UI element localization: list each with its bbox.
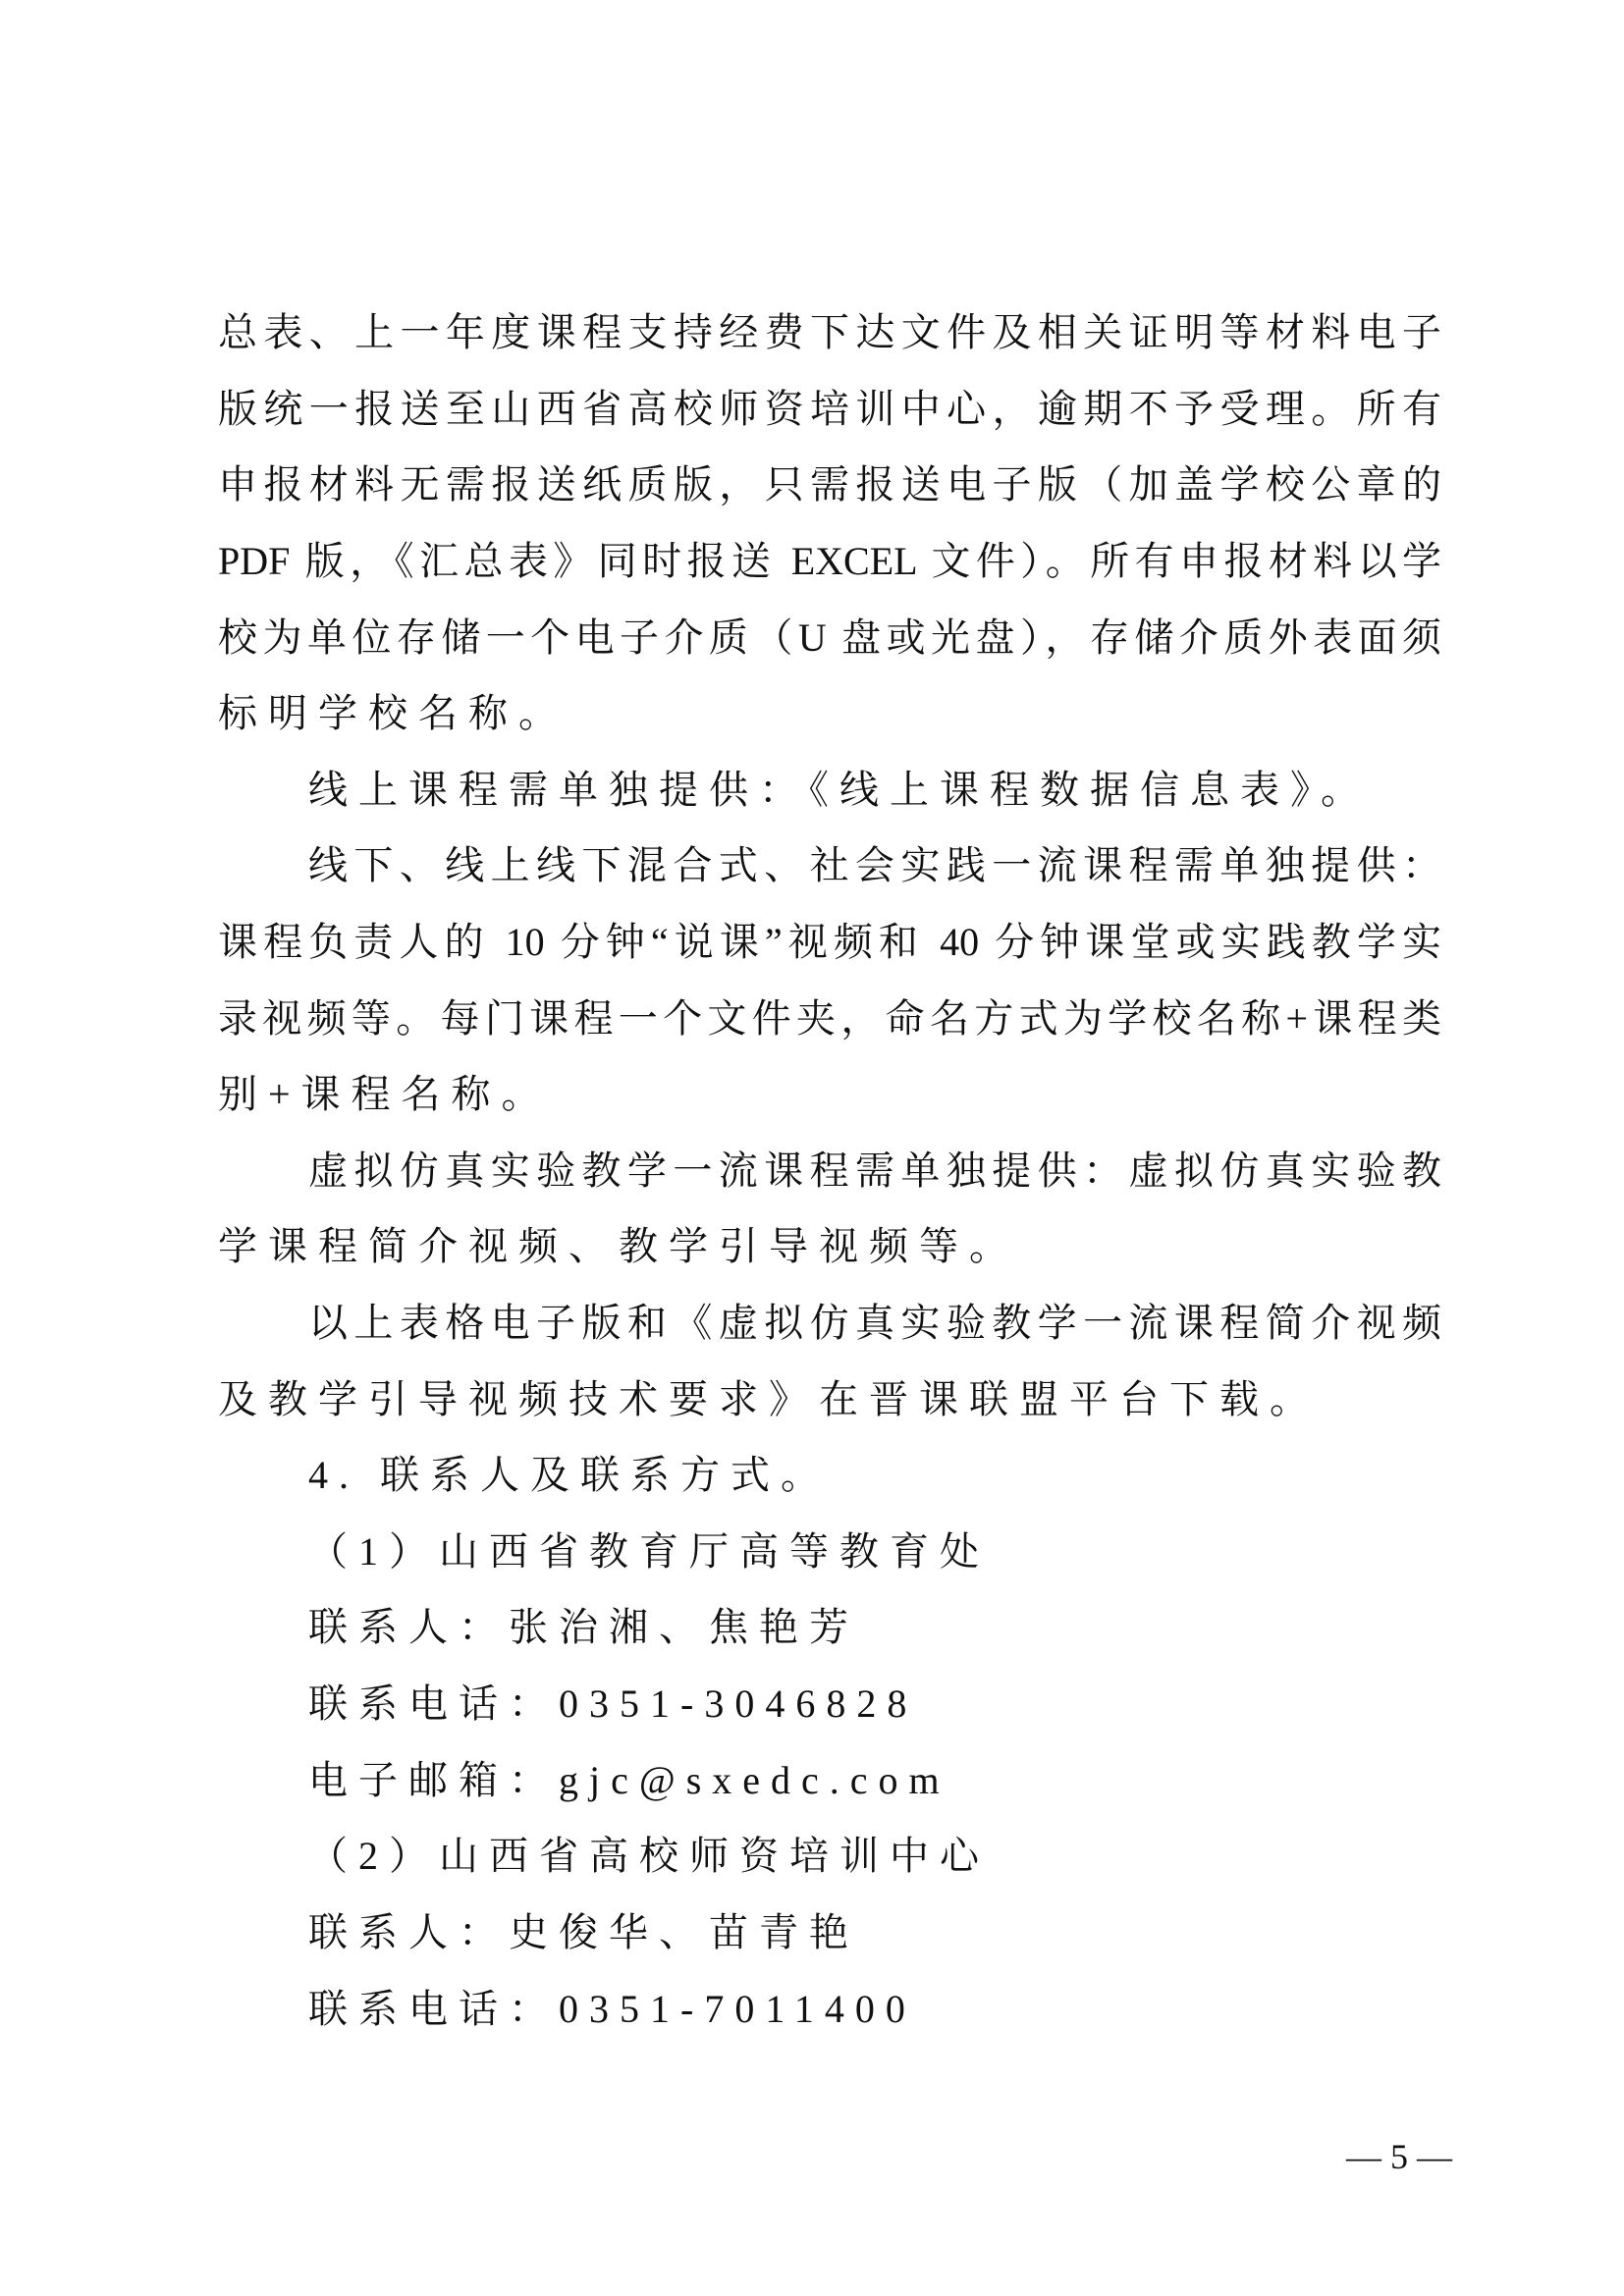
paragraph-line: 线下、线上线下混合式、社会实践一流课程需单独提供：: [308, 836, 1441, 895]
paragraph-line: 线上课程需单独提供：《线上课程数据信息表》。: [308, 761, 1371, 820]
document-page: 总表、上一年度课程支持经费下达文件及相关证明等材料电子 版统一报送至山西省高校师…: [0, 0, 1624, 2296]
paragraph-line: 虚拟仿真实验教学一流课程需单独提供：虚拟仿真实验教: [308, 1142, 1441, 1201]
paragraph-line: 课程负责人的 10 分钟“说课”视频和 40 分钟课堂或实践教学实: [218, 913, 1441, 972]
paragraph-line: 版统一报送至山西省高校师资培训中心，逾期不予受理。所有: [218, 380, 1441, 439]
paragraph-line: 别+课程名称。: [218, 1065, 552, 1124]
contacts-heading: 4. 联系人及联系方式。: [308, 1446, 831, 1505]
office-2-name: （2）山西省高校师资培训中心: [308, 1827, 990, 1886]
paragraph-line: 总表、上一年度课程支持经费下达文件及相关证明等材料电子: [218, 303, 1441, 362]
paragraph-line: 录视频等。每门课程一个文件夹，命名方式为学校名称+课程类: [218, 989, 1441, 1048]
page-number: — 5 —: [1345, 2135, 1453, 2178]
office-1-contact-person: 联系人：张治湘、焦艳芳: [308, 1598, 859, 1657]
office-2-phone: 联系电话：0351-7011400: [308, 1980, 916, 2039]
paragraph-line: 以上表格电子版和《虚拟仿真实验教学一流课程简介视频: [308, 1294, 1441, 1353]
paragraph-line: 及教学引导视频技术要求》在晋课联盟平台下载。: [218, 1370, 1320, 1429]
paragraph-line: 学课程简介视频、教学引导视频等。: [218, 1217, 1019, 1276]
paragraph-line: 申报材料无需报送纸质版，只需报送电子版（加盖学校公章的: [218, 455, 1441, 514]
office-1-phone: 联系电话：0351-3046828: [308, 1675, 917, 1734]
office-2-contact-person: 联系人：史俊华、苗青艳: [308, 1903, 859, 1962]
office-1-email: 电子邮箱：gjc@sxedc.com: [308, 1751, 950, 1810]
paragraph-line: 标明学校名称。: [218, 684, 568, 743]
paragraph-line: 校为单位存储一个电子介质（U 盘或光盘），存储介质外表面须: [218, 609, 1441, 667]
office-1-name: （1）山西省教育厅高等教育处: [308, 1522, 990, 1581]
paragraph-line: PDF 版，《汇总表》同时报送 EXCEL 文件）。所有申报材料以学: [218, 532, 1441, 591]
